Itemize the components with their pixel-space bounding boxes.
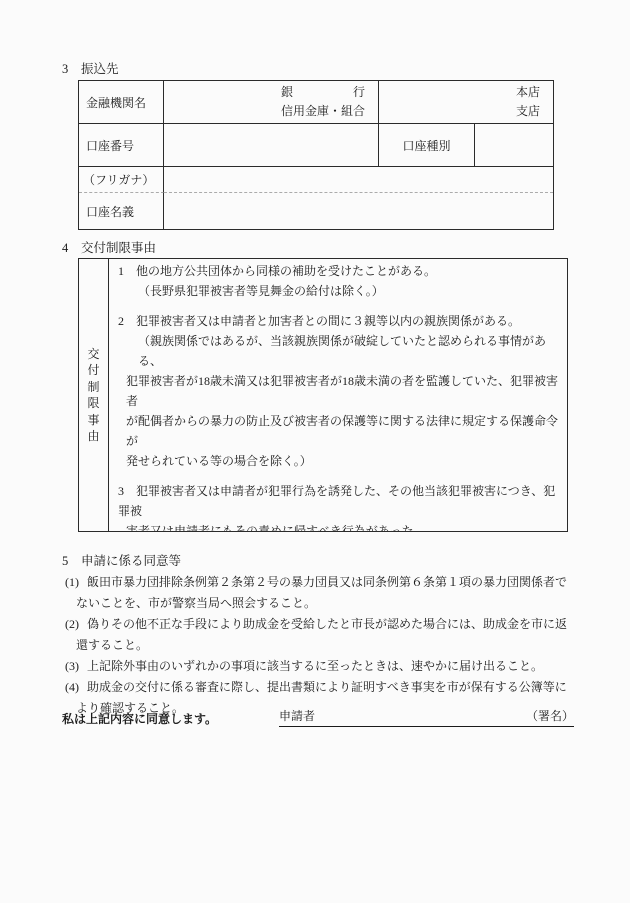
branch-option: 支店 <box>516 102 540 121</box>
consent-item-text: 偽りその他不正な手段により助成金を受給したと市長が認めた場合には、助成金を市に返 <box>87 614 567 635</box>
consent-item: (3) 上記除外事由のいずれかの事項に該当するに至ったときは、速やかに届け出るこ… <box>62 656 570 677</box>
section3-title: 振込先 <box>81 61 119 78</box>
consent-item-text: 飯田市暴力団排除条例第２条第２号の暴力団員又は同条例第６条第１項の暴力団関係者で <box>87 572 567 593</box>
spacer <box>109 471 562 481</box>
consent-item: (4) 助成金の交付に係る審査に際し、提出書類により証明すべき事実を市が保有する… <box>62 677 570 698</box>
consent-statement: 私は上記内容に同意します。 <box>62 711 217 727</box>
bank-option: 銀 行 <box>281 83 365 102</box>
consent-item: (1) 飯田市暴力団排除条例第２条第２号の暴力団員又は同条例第６条第１項の暴力団… <box>62 572 570 593</box>
furigana-field[interactable] <box>164 167 553 193</box>
restriction-items: 1 他の地方公共団体から同様の補助を受けたことがある。 （長野県犯罪被害者等見舞… <box>109 259 567 531</box>
consent-section: 5 申請に係る同意等 (1) 飯田市暴力団排除条例第２条第２号の暴力団員又は同条… <box>62 551 570 719</box>
section3-number: 3 <box>62 61 81 78</box>
restriction-line: 2 犯罪被害者又は申請者と加害者との間に３親等以内の親族関係がある。 <box>109 311 562 331</box>
consent-item-number: (4) <box>65 677 87 698</box>
account-number-label: 口座番号 <box>79 124 164 167</box>
consent-item-number: (1) <box>65 572 87 593</box>
section5-heading: 5 申請に係る同意等 <box>62 551 570 572</box>
restriction-line: （親族関係ではあるが、当該親族関係が破綻していたと認められる事情がある、 <box>109 331 562 371</box>
restriction-line: 犯罪被害者が18歳未満又は犯罪被害者が18歳未満の者を監護していた、犯罪被害者 <box>109 371 562 411</box>
transfer-destination-table: 金融機関名 銀 行 信用金庫・組合 本店 支店 口座番号 口座種別 （フリガナ）… <box>78 80 554 230</box>
consent-item: (2) 偽りその他不正な手段により助成金を受給したと市長が認めた場合には、助成金… <box>62 614 570 635</box>
account-holder-field[interactable] <box>164 193 553 229</box>
restriction-side-label: 交付制限事由 <box>87 346 100 445</box>
signature-line[interactable]: 申請者 （署名） <box>279 707 574 727</box>
restriction-table: 交付制限事由 1 他の地方公共団体から同様の補助を受けたことがある。 （長野県犯… <box>78 258 568 532</box>
restriction-line: 害者又は申請者にもその責めに帰すべき行為があった。 <box>109 521 562 531</box>
financial-institution-label: 金融機関名 <box>79 81 164 124</box>
financial-institution-field[interactable]: 銀 行 信用金庫・組合 <box>164 81 379 124</box>
restriction-line: 発せられている等の場合を除く。） <box>109 451 562 471</box>
section4-number: 4 <box>62 240 81 257</box>
restriction-line: 3 犯罪被害者又は申請者が犯罪行為を誘発した、その他当該犯罪被害につき、犯罪被 <box>109 481 562 521</box>
account-type-field[interactable] <box>475 124 553 167</box>
application-form-page: 3 振込先 金融機関名 銀 行 信用金庫・組合 本店 支店 口座番号 口座種別 … <box>0 0 630 903</box>
consent-item-continuation: 還すること。 <box>62 635 570 656</box>
signature-label: （署名） <box>526 707 574 726</box>
section4-heading: 4 交付制限事由 <box>62 240 156 257</box>
consent-item-text: 助成金の交付に係る審査に際し、提出書類により証明すべき事実を市が保有する公簿等に <box>87 677 567 698</box>
consent-item-number: (2) <box>65 614 87 635</box>
applicant-label: 申請者 <box>279 707 315 726</box>
section5-title: 申請に係る同意等 <box>81 551 181 572</box>
consent-item-text: 上記除外事由のいずれかの事項に該当するに至ったときは、速やかに届け出ること。 <box>87 656 543 677</box>
branch-field[interactable]: 本店 支店 <box>379 81 553 124</box>
account-type-label: 口座種別 <box>379 124 475 167</box>
spacer <box>109 301 562 311</box>
furigana-label: （フリガナ） <box>79 167 164 193</box>
head-office-option: 本店 <box>516 83 540 102</box>
restriction-side-cell: 交付制限事由 <box>79 259 109 531</box>
restriction-line: が配偶者からの暴力の防止及び被害者の保護等に関する法律に規定する保護命令が <box>109 411 562 451</box>
section3-heading: 3 振込先 <box>62 61 119 78</box>
account-holder-label: 口座名義 <box>79 193 164 229</box>
consent-item-continuation: ないことを、市が警察当局へ照会すること。 <box>62 593 570 614</box>
section5-number: 5 <box>62 551 81 572</box>
consent-item-number: (3) <box>65 656 87 677</box>
restriction-line: 1 他の地方公共団体から同様の補助を受けたことがある。 <box>109 261 562 281</box>
account-number-field[interactable] <box>164 124 379 167</box>
restriction-line: （長野県犯罪被害者等見舞金の給付は除く。） <box>109 281 562 301</box>
credit-union-option: 信用金庫・組合 <box>281 102 365 121</box>
section4-title: 交付制限事由 <box>81 240 156 257</box>
